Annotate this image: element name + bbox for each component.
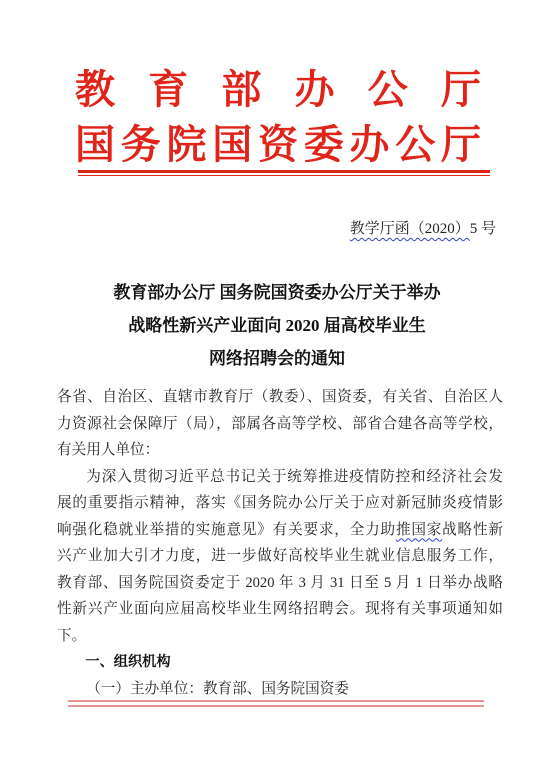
document-title: 教育部办公厅 国务院国资委办公厅关于举办 战略性新兴产业面向 2020 届高校毕… (0, 276, 554, 375)
paragraph-line: 教育部、国务院国资委定于 2020 年 3 月 31 日至 5 月 1 日举办战… (57, 570, 503, 597)
salutation-line: 各省、自治区、直辖市教育厅（教委）、国资委，有关省、自治区人 (57, 384, 503, 411)
paragraph-line: 下。 (57, 623, 503, 650)
paragraph-wavy-text: 推国家 (396, 522, 442, 538)
title-line-3: 网络招聘会的通知 (0, 342, 554, 375)
salutation-line: 有关用人单位： (57, 437, 503, 464)
document-number-wavy-text: 教学厅函（2020） (350, 221, 470, 237)
letterhead: 教育部办公厅 国务院国资委办公厅 (75, 62, 481, 172)
paragraph-text: 响强化稳就业举措的实施意见》有关要求，全力助 (57, 522, 396, 538)
title-line-2: 战略性新兴产业面向 2020 届高校毕业生 (0, 309, 554, 342)
document-number-rest-text: 5 号 (470, 221, 496, 237)
document-number: 教学厅函（2020）5 号 (350, 218, 496, 240)
paragraph-line: 展的重要指示精神，落实《国务院办公厅关于应对新冠肺炎疫情影 (57, 490, 503, 517)
letterhead-line-2: 国务院国资委办公厅 (75, 117, 481, 172)
paragraph-line: 兴产业加大引才力度，进一步做好高校毕业生就业信息服务工作， (57, 543, 503, 570)
title-line-1: 教育部办公厅 国务院国资委办公厅关于举办 (0, 276, 554, 309)
section-heading: 一、组织机构 (57, 649, 503, 676)
paragraph-line: 性新兴产业面向应届高校毕业生网络招聘会。现将有关事项通知如 (57, 596, 503, 623)
paragraph-text: 战略性新 (442, 522, 503, 538)
salutation-line: 力资源社会保障厅（局），部属各高等学校、部省合建各高等学校， (57, 411, 503, 438)
page-bottom-divider-rule (68, 700, 484, 707)
document-body: 各省、自治区、直辖市教育厅（教委）、国资委，有关省、自治区人 力资源社会保障厅（… (57, 384, 503, 702)
letterhead-divider-rule (78, 170, 490, 176)
document-page: 教育部办公厅 国务院国资委办公厅 教学厅函（2020）5 号 教育部办公厅 国务… (0, 0, 554, 784)
paragraph-line: 响强化稳就业举措的实施意见》有关要求，全力助推国家战略性新 (57, 517, 503, 544)
paragraph-line: 为深入贯彻习近平总书记关于统筹推进疫情防控和经济社会发 (57, 464, 503, 491)
section-item: （一）主办单位：教育部、国务院国资委 (57, 676, 503, 703)
letterhead-line-1: 教育部办公厅 (75, 62, 481, 117)
